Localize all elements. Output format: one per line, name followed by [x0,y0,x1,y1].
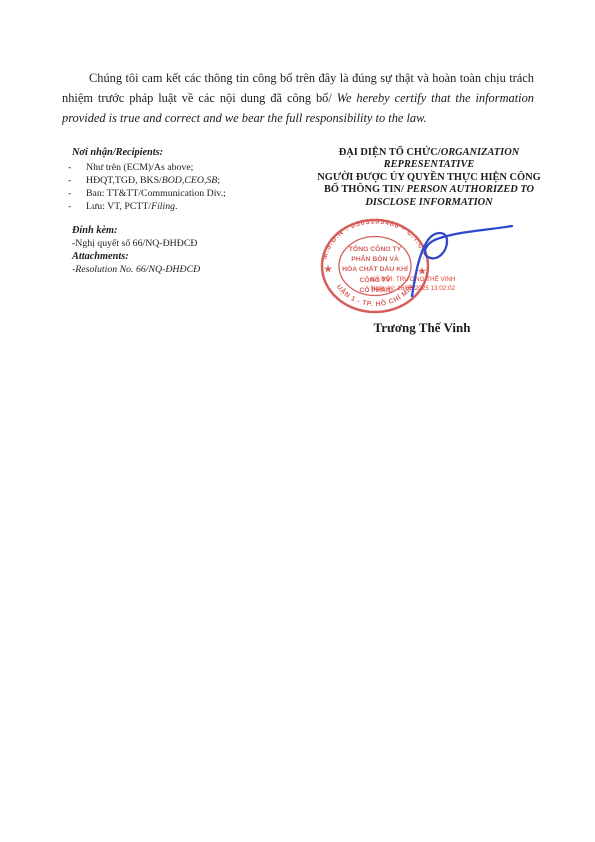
attachments-section: Đính kèm: -Nghị quyết số 66/NQ-ĐHĐCĐ Att… [72,224,302,276]
signature-stroke [412,226,512,296]
recipient-item: -HĐQT,TGĐ, BKS/BOD,CEO,SB; [62,174,300,187]
attachments-heading-vi: Đính kèm: [72,224,302,237]
representative-line: NGƯỜI ĐƯỢC ỦY QUYỀN THỰC HIỆN CÔNG [293,172,565,184]
handwritten-signature [390,210,530,305]
recipients-list: -Như trên (ECM)/As above;-HĐQT,TGĐ, BKS/… [62,161,300,213]
representative-line: BỐ THÔNG TIN/ PERSON AUTHORIZED TO [293,184,565,196]
representative-heading: ĐẠI DIỆN TỔ CHỨC/ORGANIZATIONREPRESENTAT… [293,147,565,209]
representative-line: REPRESENTATIVE [293,159,565,171]
recipient-item: -Như trên (ECM)/As above; [62,161,300,174]
representative-line: ĐẠI DIỆN TỔ CHỨC/ORGANIZATION [293,147,565,159]
recipients-heading: Nơi nhận/Recipients: [72,147,300,158]
signer-name: Trương Thế Vinh [322,320,522,336]
recipient-item: -Lưu: VT, PCTT/Filing. [62,200,300,213]
attachments-heading-en: Attachments: [72,250,302,263]
recipient-item: -Ban: TT&TT/Communication Div.; [62,187,300,200]
attachment-item-vi: -Nghị quyết số 66/NQ-ĐHĐCĐ [72,237,302,250]
star-left-icon: ★ [324,264,333,274]
attachment-item-en: -Resolution No. 66/NQ-ĐHĐCĐ [72,263,302,276]
document-page: Chúng tôi cam kết các thông tin công bố … [0,0,595,842]
recipients-section: Nơi nhận/Recipients: -Như trên (ECM)/As … [62,147,300,213]
commitment-paragraph: Chúng tôi cam kết các thông tin công bố … [62,69,534,128]
